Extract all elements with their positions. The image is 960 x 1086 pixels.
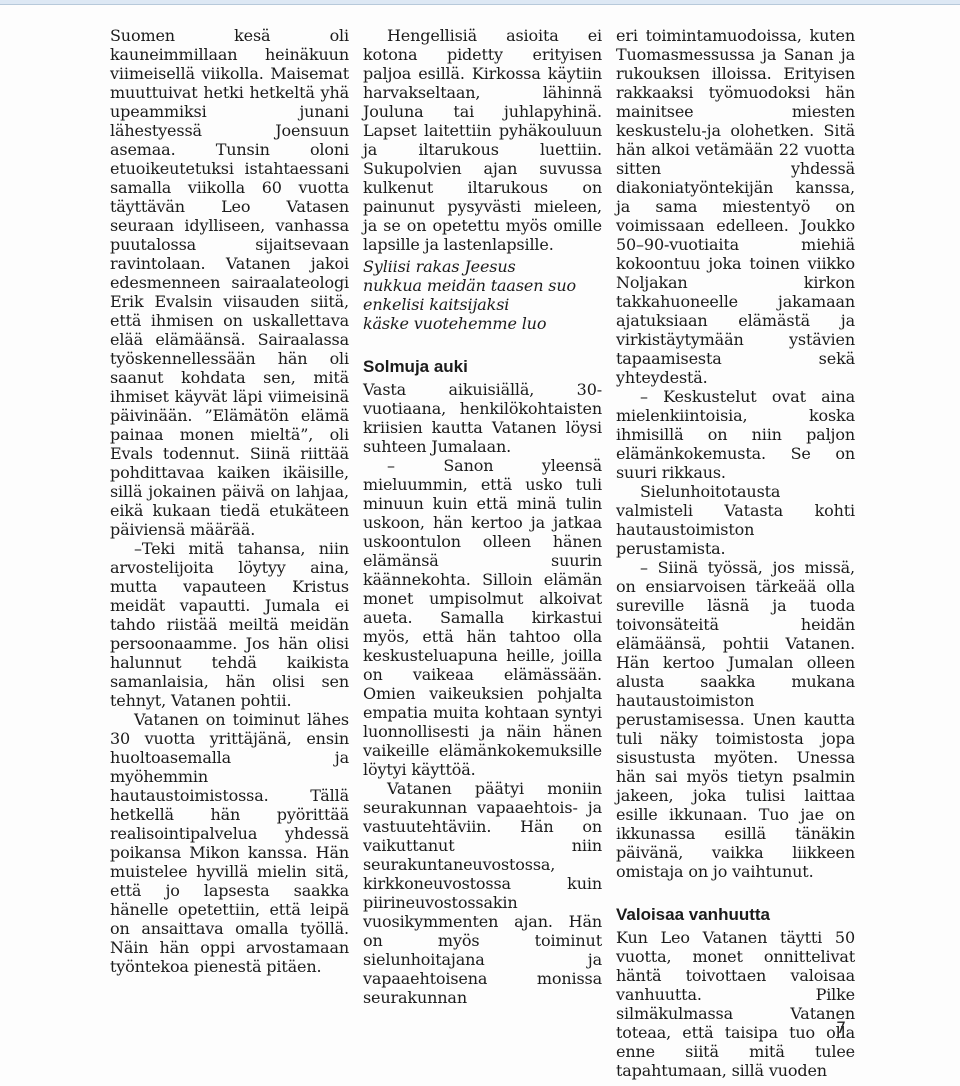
paragraph: Suomen kesä oli kauneimmillaan heinäkuun… xyxy=(110,26,349,539)
text-column-1: Suomen kesä oli kauneimmillaan heinäkuun… xyxy=(110,26,349,1080)
paragraph: Vasta aikuisiällä, 30-vuotiaana, henkilö… xyxy=(363,380,602,456)
top-edge-strip xyxy=(0,0,960,5)
section-heading: Valoisaa vanhuutta xyxy=(616,905,855,925)
paragraph: Sielunhoitotausta valmisteli Vatasta koh… xyxy=(616,482,855,558)
paragraph: –Teki mitä tahansa, niin arvostelijoita … xyxy=(110,539,349,710)
text-column-3: eri toimintamuodoissa, kuten Tuomasmessu… xyxy=(616,26,855,1080)
page-number: 7 xyxy=(836,1018,846,1037)
paragraph: – Keskustelut ovat aina mielenkiintoisia… xyxy=(616,387,855,482)
text-column-2: Hengellisiä asioita ei kotona pidetty er… xyxy=(363,26,602,1080)
verse-line: nukkua meidän taasen suo xyxy=(363,276,602,295)
prayer-verse: Syliisi rakas Jeesusnukkua meidän taasen… xyxy=(363,257,602,333)
paragraph: Hengellisiä asioita ei kotona pidetty er… xyxy=(363,26,602,254)
paragraph: Vatanen on toiminut lähes 30 vuotta yrit… xyxy=(110,710,349,976)
verse-line: enkelisi kaitsijaksi xyxy=(363,295,602,314)
magazine-page: { "page": { "number": "7", "colors": { "… xyxy=(0,0,960,1086)
verse-line: Syliisi rakas Jeesus xyxy=(363,257,602,276)
paragraph: Vatanen päätyi moniin seurakunnan vapaae… xyxy=(363,779,602,1007)
verse-line: käske vuotehemme luo xyxy=(363,314,602,333)
paragraph: Kun Leo Vatanen täytti 50 vuotta, monet … xyxy=(616,928,855,1080)
paragraph: eri toimintamuodoissa, kuten Tuomasmessu… xyxy=(616,26,855,387)
paragraph: – Siinä työssä, jos missä, on ensiarvois… xyxy=(616,558,855,881)
paragraph: – Sanon yleensä mieluummin, että usko tu… xyxy=(363,456,602,779)
article-body: Suomen kesä oli kauneimmillaan heinäkuun… xyxy=(110,26,856,1080)
section-heading: Solmuja auki xyxy=(363,357,602,377)
